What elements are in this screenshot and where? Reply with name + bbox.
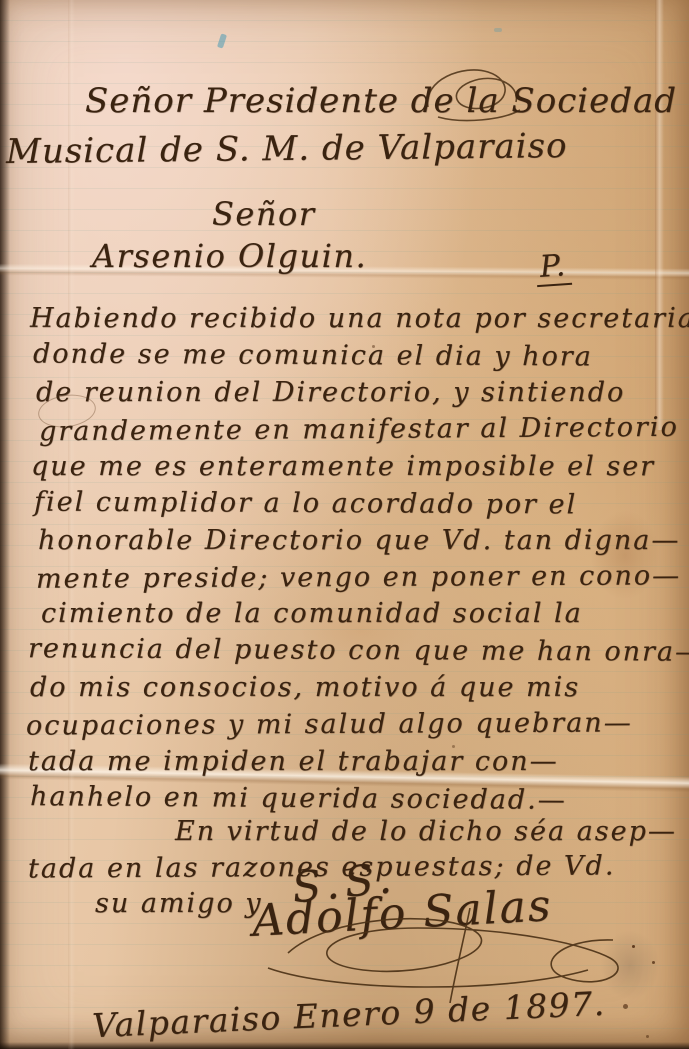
body-line: donde se me comunica el dia y hora (33, 341, 593, 371)
body-line: que me es enteramente imposible el ser (31, 453, 655, 480)
body-line: do mis consocios, motivo á que mis (30, 674, 580, 701)
body-line: honorable Directorio que Vd. tan digna— (38, 527, 680, 554)
body-line: mente preside; vengo en poner en cono— (36, 562, 681, 592)
body-line: hanhelo en mi querida sociedad.— (30, 783, 567, 814)
body-line: Habiendo recibido una nota por secretari… (30, 305, 689, 332)
letter-heading-line1: Señor Presidente de la Sociedad (85, 84, 677, 118)
scanned-letter-page: Señor Presidente de la Sociedad Musical … (0, 0, 689, 1049)
body-line: renuncia del puesto con que me han onra— (28, 635, 689, 666)
body-line: cimiento de la comunidad social la (41, 600, 583, 627)
signature-adolfo-salas: Adolfo Salas (251, 884, 553, 944)
ink-speckles (632, 945, 635, 948)
dateline: Valparaiso Enero 9 de 1897. (92, 987, 607, 1042)
body-line: de reunion del Directorio, y sintiendo (36, 379, 625, 406)
salutation-senor: Señor (212, 198, 316, 230)
blue-ink-smudge (494, 28, 502, 32)
body-line: ocupaciones y mi salud algo quebran— (26, 709, 633, 739)
blue-ink-smudge (217, 33, 227, 48)
paper-stain (600, 930, 660, 1000)
body-line: tada me impiden el trabajar con— (28, 748, 559, 775)
closing-line: En virtud de lo dicho séa asep— (175, 818, 677, 845)
body-line: fiel cumplidor a lo acordado por el (34, 489, 577, 519)
closing-line: su amigo y (95, 890, 263, 917)
salutation-name: Arsenio Olguin. (92, 240, 367, 272)
body-line: grandemente en manifestar al Directorio (39, 414, 679, 445)
salutation-postscript: P. (535, 251, 572, 287)
fold-crease-vertical-right (655, 0, 664, 430)
letter-heading-line2: Musical de S. M. de Valparaiso (6, 129, 568, 169)
